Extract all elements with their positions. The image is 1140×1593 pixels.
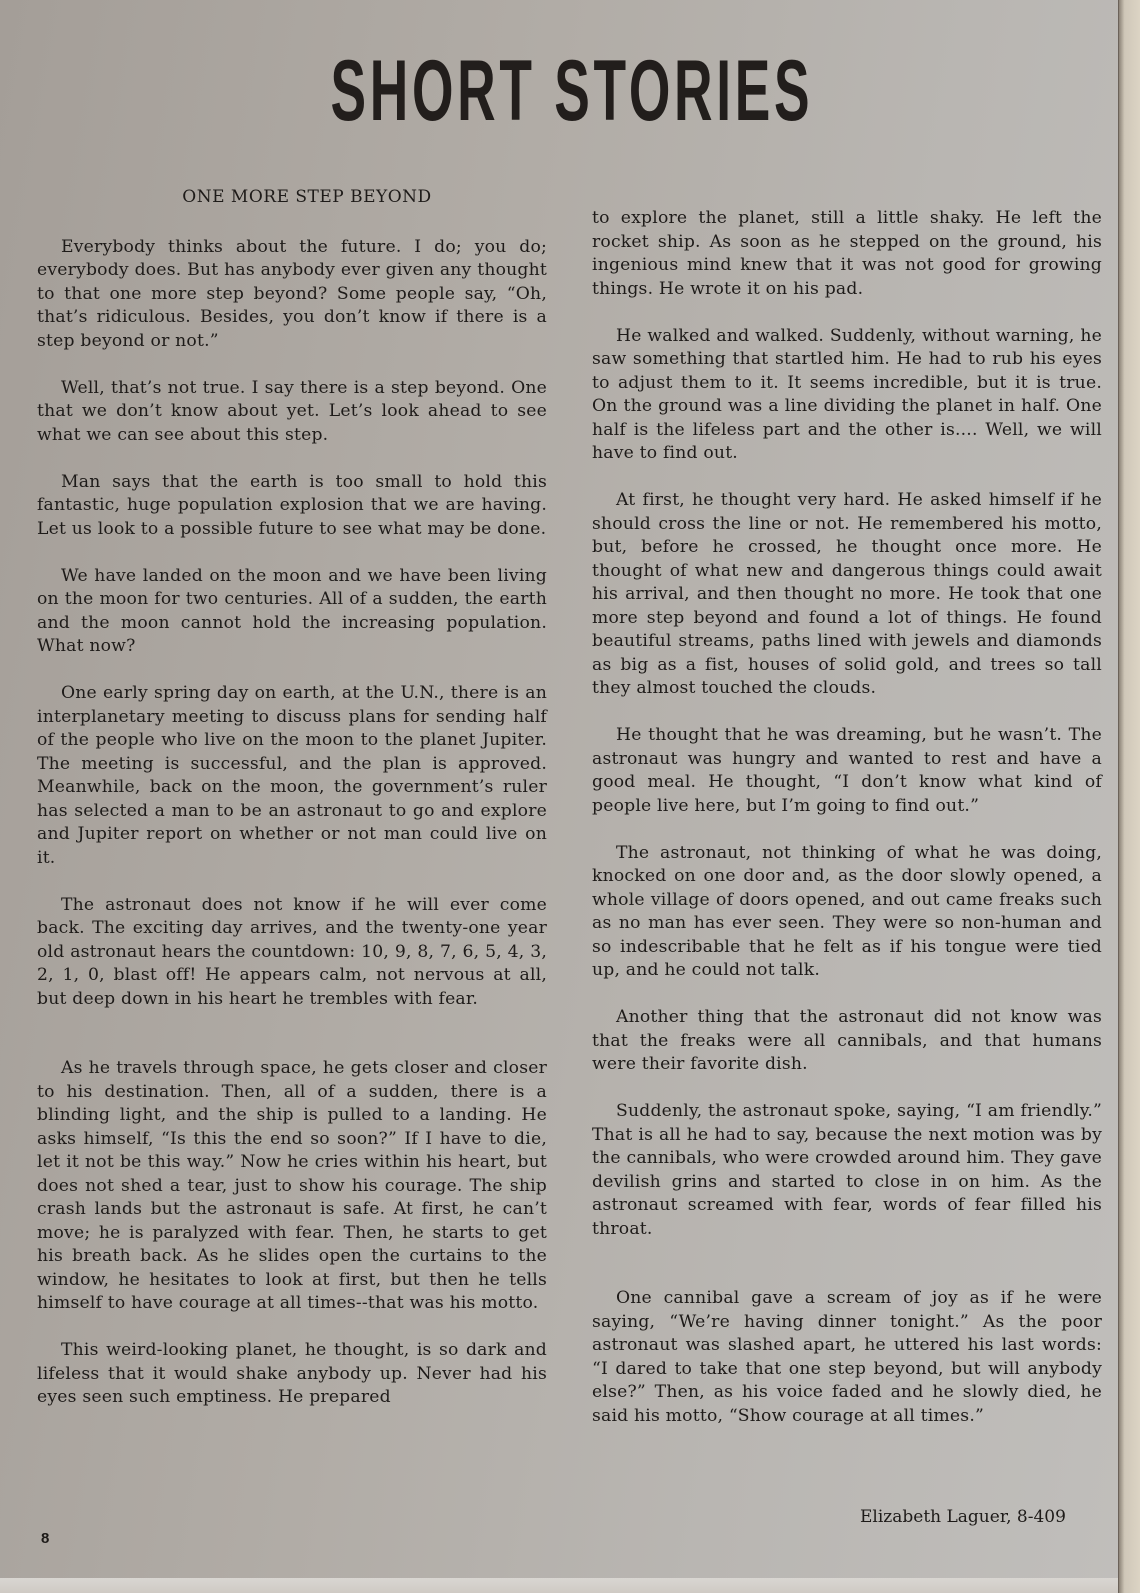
paragraph: The astronaut does not know if he will e…: [37, 894, 547, 1012]
left-column: ONE MORE STEP BEYOND Everybody thinks ab…: [37, 186, 547, 1433]
page-bottom-edge: [0, 1578, 1118, 1593]
page-number: 8: [41, 1530, 49, 1547]
paragraph: Well, that’s not true. I say there is a …: [37, 377, 547, 448]
paragraph: This weird-looking planet, he thought, i…: [37, 1339, 547, 1410]
paragraph: At first, he thought very hard. He asked…: [592, 489, 1102, 701]
paragraph-continued: to explore the planet, still a little sh…: [592, 207, 1102, 301]
paragraph: The astronaut, not thinking of what he w…: [592, 842, 1102, 983]
paragraph: Man says that the earth is too small to …: [37, 471, 547, 542]
story-title: ONE MORE STEP BEYOND: [37, 186, 547, 210]
paragraph: Everybody thinks about the future. I do;…: [37, 236, 547, 354]
section-title: SHORT STORIES: [219, 48, 926, 134]
paragraph: Suddenly, the astronaut spoke, saying, “…: [592, 1100, 1102, 1241]
right-column: to explore the planet, still a little sh…: [592, 207, 1102, 1452]
page-edge: [1118, 0, 1140, 1593]
paragraph: We have landed on the moon and we have b…: [37, 565, 547, 659]
paragraph: Another thing that the astronaut did not…: [592, 1006, 1102, 1077]
paragraph: He walked and walked. Suddenly, without …: [592, 325, 1102, 466]
paragraph: As he travels through space, he gets clo…: [37, 1057, 547, 1316]
author-byline: Elizabeth Laguer, 8-409: [860, 1507, 1066, 1527]
paragraph: One early spring day on earth, at the U.…: [37, 682, 547, 870]
paragraph: One cannibal gave a scream of joy as if …: [592, 1287, 1102, 1428]
paragraph: He thought that he was dreaming, but he …: [592, 724, 1102, 818]
